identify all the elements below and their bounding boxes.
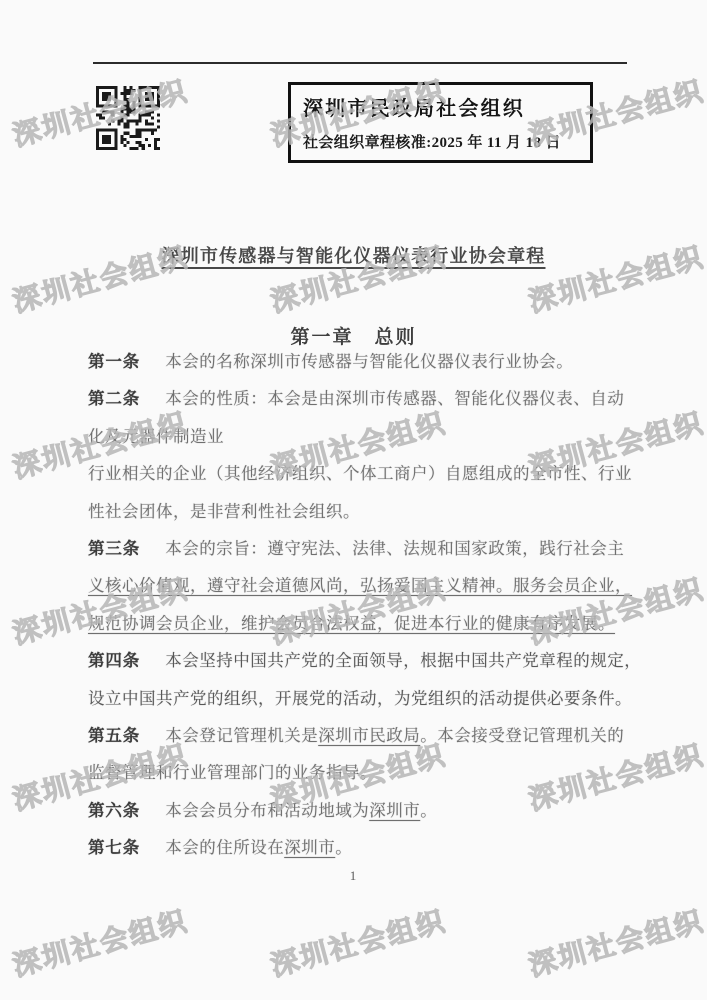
article-text: 。 [420,801,437,820]
article-text: 本会坚持中国共产党的全面领导，根据中国共产党章程的规定， [165,651,641,670]
article-text: 深圳市民政局 [318,726,420,745]
approval-org-name: 深圳市民政局社会组织 [303,92,580,121]
article-label: 第三条 [88,539,140,558]
article-line: 第一条本会的名称深圳市传感器与智能化仪器仪表行业协会。 [88,347,648,384]
article-line: 第三条本会的宗旨：遵守宪法、法律、法规和国家政策，践行社会主 [88,534,648,571]
article-line: 第五条本会登记管理机关是深圳市民政局。本会接受登记管理机关的 [88,721,648,758]
article-text: 本会的性质：本会是由深圳市传感器、智能化仪器仪表、自动 [165,389,624,408]
article-text: 设立中国共产党的组织，开展党的活动，为党组织的活动提供必要条件。 [88,689,632,708]
article-line: 第二条本会的性质：本会是由深圳市传感器、智能化仪器仪表、自动 [88,384,648,421]
document-title: 深圳市传感器与智能化仪器仪表行业协会章程 [0,242,707,268]
watermark-text: 深圳社会组织 [524,899,707,984]
article-text: 本会的名称深圳市传感器与智能化仪器仪表行业协会。 [165,352,573,371]
article-text: 。 [335,838,352,857]
article-text: 行业相关的企业（其他经济组织、个体工商户）自愿组成的全市性、行业 [88,464,632,483]
article-body: 第一条本会的名称深圳市传感器与智能化仪器仪表行业协会。第二条本会的性质：本会是由… [88,347,648,870]
article-label: 第四条 [88,651,140,670]
header-divider-rule [93,62,627,64]
article-text: 深圳市 [369,801,420,820]
article-label: 第五条 [88,726,140,745]
watermark-text: 深圳社会组织 [8,899,192,984]
article-line: 行业相关的企业（其他经济组织、个体工商户）自愿组成的全市性、行业 [88,459,648,496]
article-text: 监督管理和行业管理部门的业务指导。 [88,763,377,782]
article-text: 本会登记管理机关是 [165,726,318,745]
article-label: 第七条 [88,838,140,857]
approval-stamp-box: 深圳市民政局社会组织 社会组织章程核准:2025 年 11 月 18 日 [288,82,593,163]
article-text: 本会会员分布和活动地域为 [165,801,369,820]
article-line: 化及元器件制造业 [88,422,648,459]
article-line: 监督管理和行业管理部门的业务指导。 [88,758,648,795]
article-line: 义核心价值观，遵守社会道德风尚，弘扬爱国主义精神。服务会员企业， [88,571,648,608]
article-line: 设立中国共产党的组织，开展党的活动，为党组织的活动提供必要条件。 [88,684,648,721]
approval-date-line: 社会组织章程核准:2025 年 11 月 18 日 [303,131,580,152]
article-text: 规范协调会员企业，维护会员合法权益，促进本行业的健康有序发展。 [88,614,615,633]
article-label: 第一条 [88,352,140,371]
article-label: 第六条 [88,801,140,820]
qr-code-icon [96,86,160,150]
article-text: 本会的宗旨：遵守宪法、法律、法规和国家政策，践行社会主 [165,539,624,558]
article-label: 第二条 [88,389,140,408]
article-text: 性社会团体，是非营利性社会组织。 [88,502,360,521]
page-number: 1 [0,868,707,884]
article-line: 第六条本会会员分布和活动地域为深圳市。 [88,796,648,833]
watermark-text: 深圳社会组织 [266,899,450,984]
article-text: 义核心价值观，遵守社会道德风尚，弘扬爱国主义精神。服务会员企业， [88,576,632,595]
article-line: 第七条本会的住所设在深圳市。 [88,833,648,870]
article-text: 本会的住所设在 [165,838,284,857]
chapter-heading: 第一章 总则 [0,322,707,349]
article-line: 性社会团体，是非营利性社会组织。 [88,497,648,534]
article-text: 深圳市 [284,838,335,857]
article-text: 化及元器件制造业 [88,427,224,446]
article-line: 规范协调会员企业，维护会员合法权益，促进本行业的健康有序发展。 [88,609,648,646]
scanned-document-page: 深圳社会组织深圳社会组织深圳社会组织深圳社会组织深圳社会组织深圳社会组织深圳社会… [0,0,707,1000]
article-text: 。本会接受登记管理机关的 [420,726,624,745]
article-line: 第四条本会坚持中国共产党的全面领导，根据中国共产党章程的规定， [88,646,648,683]
